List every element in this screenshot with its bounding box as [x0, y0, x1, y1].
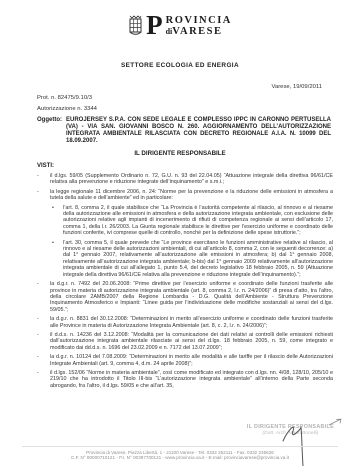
stamp-name: (Dott. Arch. Mario Bonelli)	[247, 431, 334, 436]
list-marker: -	[37, 354, 50, 367]
list-marker: -	[37, 281, 50, 313]
provincia-crest-icon	[128, 15, 143, 37]
letterhead-footer: Provincia di Varese, Piazza Libertà, 1 -…	[22, 446, 338, 461]
logo-word-provincia: ROVINCIA	[166, 16, 232, 26]
subject-block: Oggetto: EUROJERSEY S.P.A. CON SEDE LEGA…	[37, 117, 331, 145]
footer-fiscal-line: C.F. N° 80000710121 - P.I. N° 0039770012…	[22, 455, 338, 461]
list-item-text: la d.g.r. n. 7492 del 20.06.2008: “Prime…	[50, 281, 333, 313]
list-item: • l’art. 30, comma 5, il quale prevede c…	[52, 240, 333, 278]
subject-text: EUROJERSEY S.P.A. CON SEDE LEGALE E COMP…	[66, 117, 331, 145]
place-and-date: Varese, 19/09/2011	[271, 84, 322, 90]
list-item: - il d.d.s. n. 14236 del 3.12.2008: “Mod…	[37, 332, 333, 351]
list-item-text: la legge regionale 11 dicembre 2006, n. …	[50, 189, 333, 202]
subject-label: Oggetto:	[37, 117, 62, 145]
list-item-text: il d.lgs. 152/06 “Norme in materia ambie…	[50, 370, 333, 389]
list-item: - il d.lgs. 59/05 (Supplemento Ordinario…	[37, 173, 333, 186]
department-title: SETTORE ECOLOGIA ED ENERGIA	[0, 62, 360, 69]
visti-label: VISTI:	[37, 163, 54, 169]
list-marker: -	[37, 332, 50, 351]
list-item-text: l’art. 8, comma 2, il quale stabilisce c…	[63, 205, 333, 237]
scanned-letter-page: P ROVINCIA diVARESE SETTORE ECOLOGIA ED …	[0, 0, 360, 466]
list-item: - la d.g.r. n. 8831 del 30.12.2008: “Det…	[37, 316, 333, 329]
logo-wordmark: ROVINCIA diVARESE	[166, 16, 232, 37]
list-item-text: il d.lgs. 59/05 (Supplemento Ordinario n…	[50, 173, 333, 186]
stamp-role: IL DIRIGENTE RESPONSABILE	[247, 424, 334, 430]
authorization-number: Autorizzazione n. 3344	[37, 106, 97, 112]
list-marker: •	[52, 205, 63, 237]
list-item-text: il d.d.s. n. 14236 del 3.12.2008: “Modal…	[50, 332, 333, 351]
list-marker: -	[37, 370, 50, 389]
role-heading: IL DIRIGENTE RESPONSABILE	[0, 150, 360, 157]
list-item-text: la d.g.r. n. 8831 del 30.12.2008: “Deter…	[50, 316, 333, 329]
list-item: - il d.lgs. 152/06 “Norme in materia amb…	[37, 370, 333, 389]
list-item: - la d.g.r. n. 10124 del 7.08.2009: “Det…	[37, 354, 333, 367]
logo-initial: P	[146, 13, 163, 37]
logo-word-varese: diVARESE	[166, 26, 232, 37]
provincia-di-varese-logo: P ROVINCIA diVARESE	[0, 13, 360, 37]
list-item-text: l’art. 30, comma 5, il quale prevede che…	[63, 240, 333, 278]
list-marker: -	[37, 173, 50, 186]
list-item-text: la d.g.r. n. 10124 del 7.08.2009: “Deter…	[50, 354, 333, 367]
list-item: - la legge regionale 11 dicembre 2006, n…	[37, 189, 333, 202]
list-marker: -	[37, 316, 50, 329]
protocol-number: Prot. n. 82475/9.10/3	[37, 95, 92, 101]
visti-list: - il d.lgs. 59/05 (Supplemento Ordinario…	[37, 173, 333, 392]
list-marker: •	[52, 240, 63, 278]
signature-stamp: IL DIRIGENTE RESPONSABILE (Dott. Arch. M…	[247, 424, 334, 436]
list-item: - la d.g.r. n. 7492 del 20.06.2008: “Pri…	[37, 281, 333, 313]
list-marker: -	[37, 189, 50, 202]
list-item: • l’art. 8, comma 2, il quale stabilisce…	[52, 205, 333, 237]
